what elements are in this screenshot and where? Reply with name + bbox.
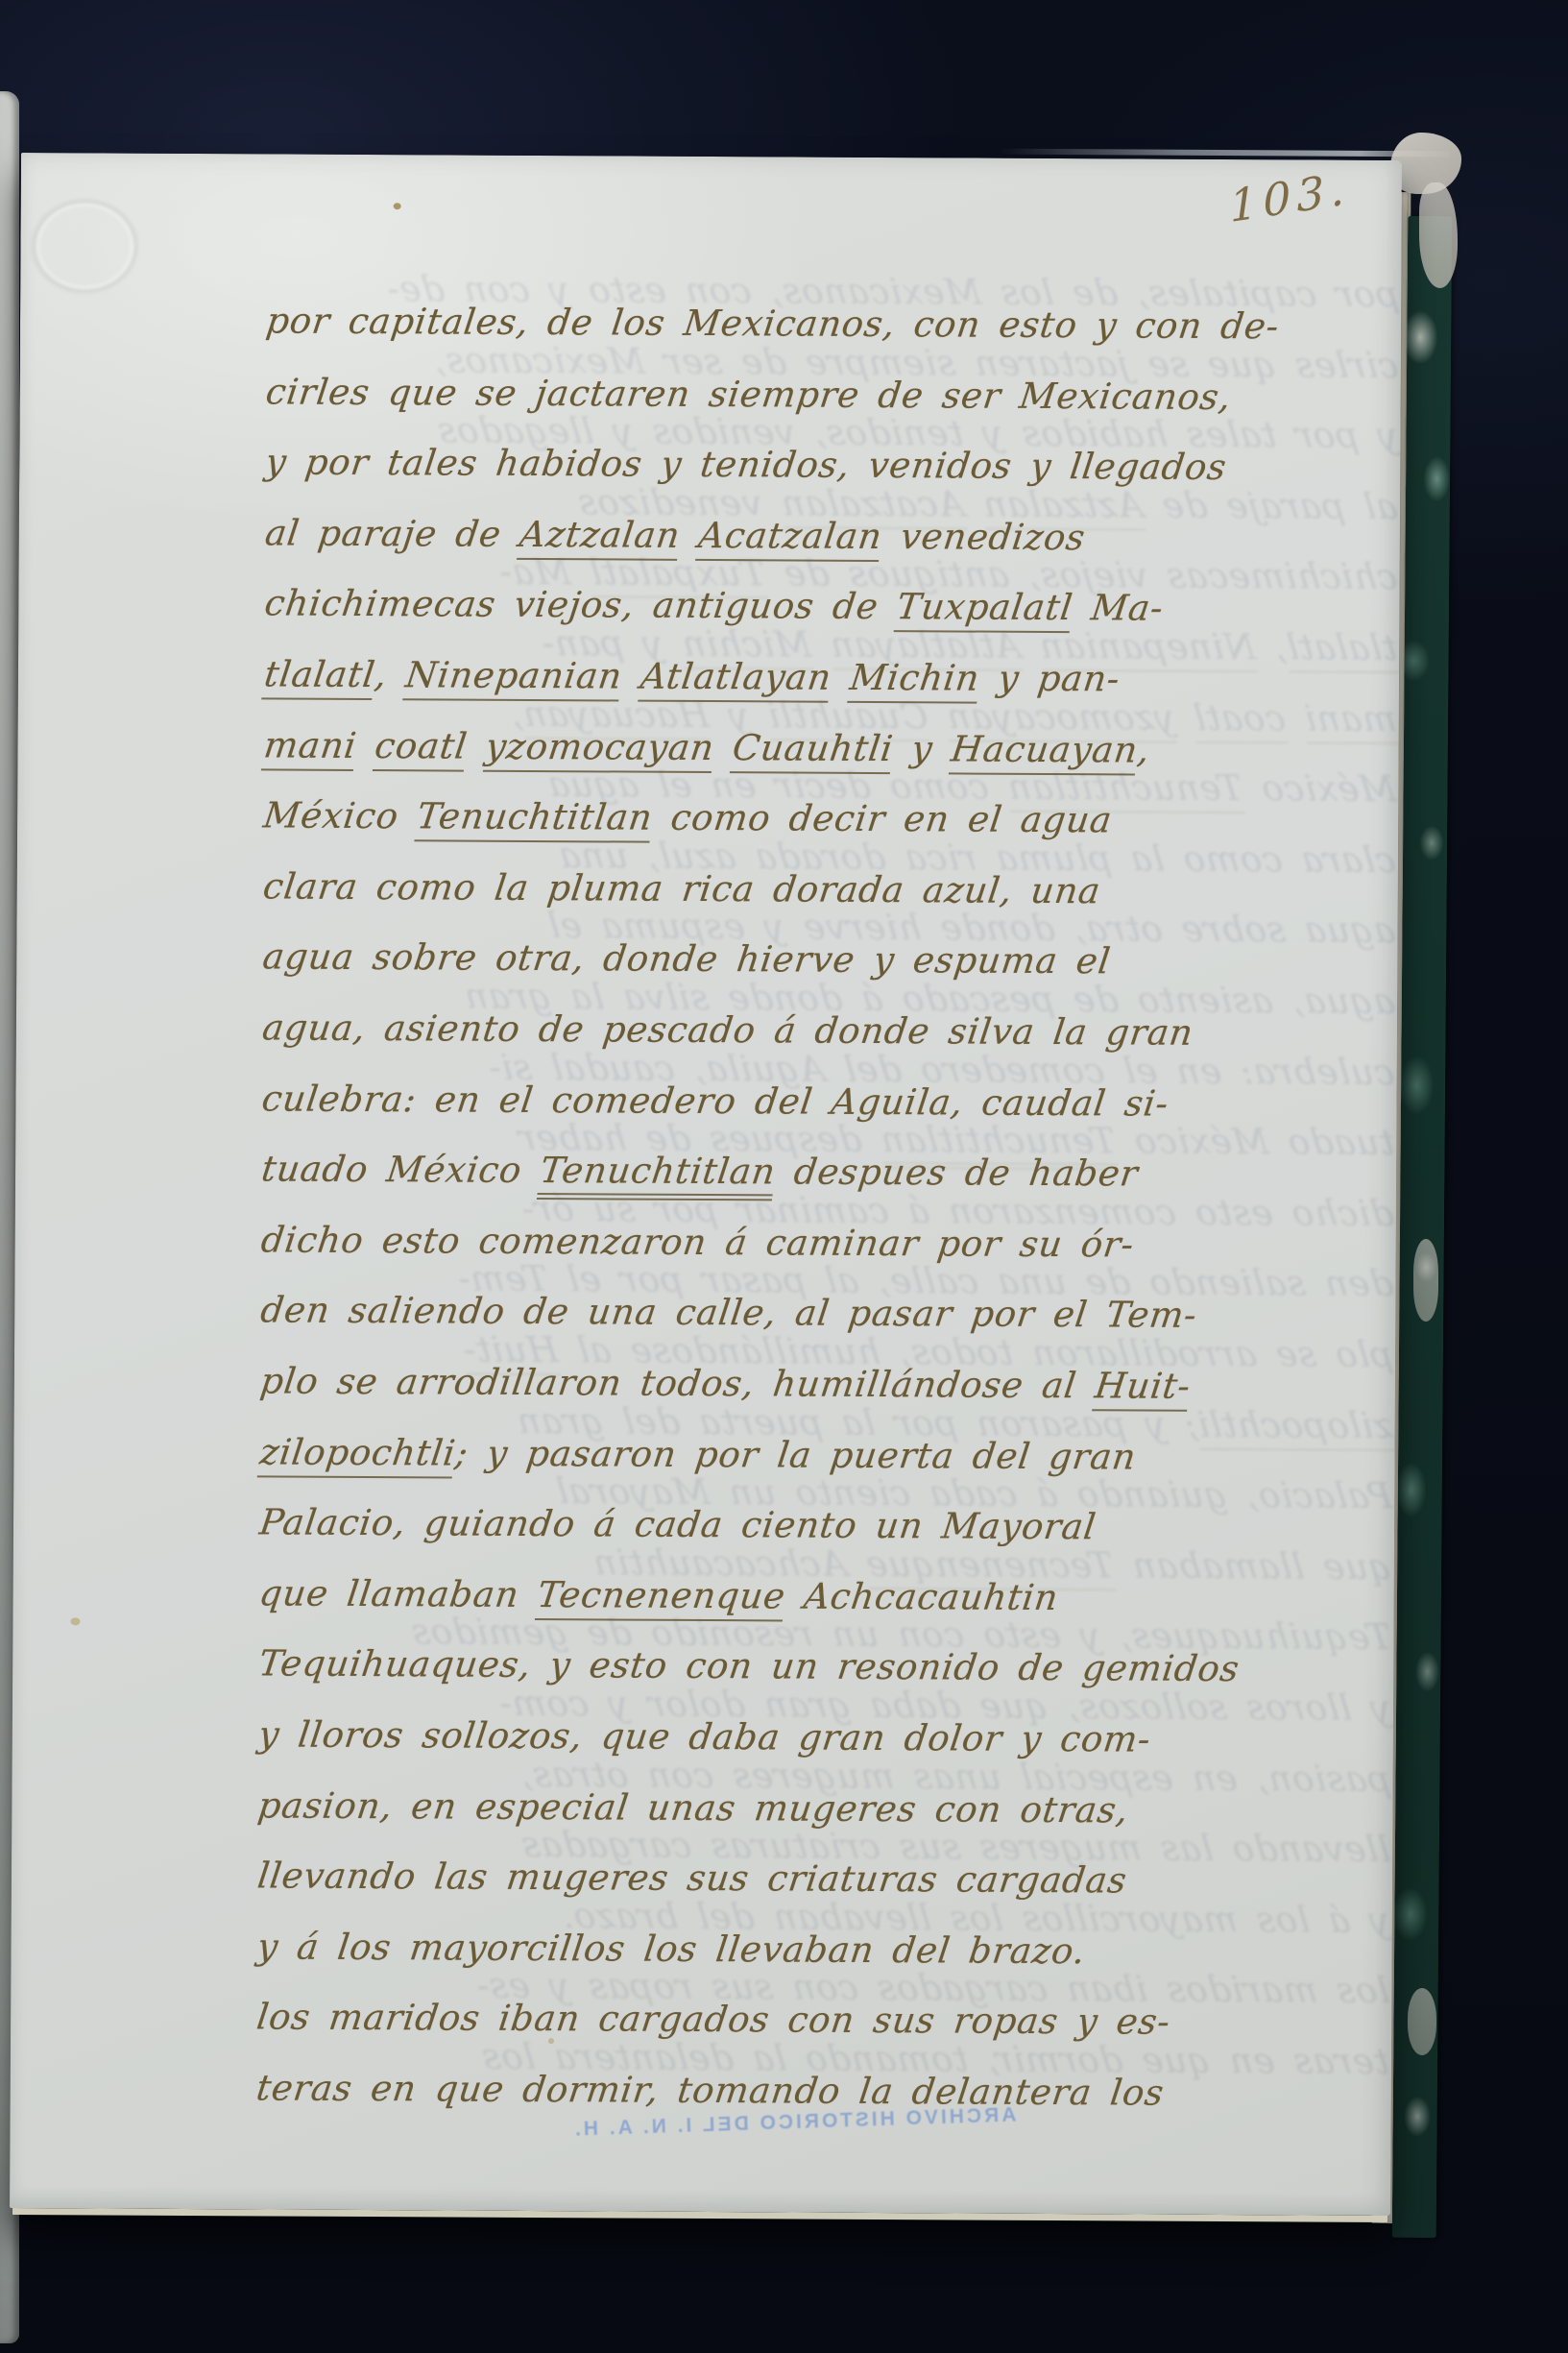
text-segment: al paraje de — [263, 512, 523, 554]
text-segment: Palacio, guiando á cada ciento un Mayora… — [257, 1502, 1098, 1548]
manuscript-line: clara como la pluma rica dorada azul, un… — [261, 865, 1103, 911]
underlined-nahuatl-name: coatl — [372, 725, 470, 772]
underlined-nahuatl-name: Hacuayan — [948, 728, 1140, 775]
text-segment: teras en que dormir, tomando la delanter… — [254, 2067, 1167, 2113]
text-segment: como decir en el agua — [650, 797, 1115, 841]
manuscript-line: Palacio, guiando á cada ciento un Mayora… — [257, 1502, 1098, 1548]
text-segment: despues de haber — [773, 1152, 1141, 1195]
text-segment: Tequihuaques, y esto con un resonido de … — [256, 1643, 1242, 1690]
text-segment: dicho esto comenzaron á caminar por su ó… — [259, 1219, 1137, 1265]
underlined-nahuatl-name: Tuxpalatl — [894, 587, 1075, 634]
manuscript-text: por capitales, de los Mexicanos, con est… — [253, 154, 1402, 2216]
manuscript-line: agua, asiento de pescado á donde silva l… — [260, 1007, 1196, 1053]
underlined-nahuatl-name: Atlatlayan — [638, 656, 834, 703]
photo-background: 103. por capitales, de los Mexicanos, co… — [0, 0, 1568, 2353]
underlined-nahuatl-name: tlalatl — [261, 653, 377, 700]
text-segment: agua sobre otra, donde hierve y espuma e… — [260, 936, 1113, 982]
manuscript-line: y por tales habidos y tenidos, venidos y… — [263, 442, 1229, 489]
manuscript-line: que llamaban Tecnenenque Achcacauhtin — [256, 1572, 1060, 1618]
paper-stain — [394, 203, 401, 209]
text-segment: México — [261, 795, 420, 837]
underlined-nahuatl-name: Acatzalan — [695, 515, 884, 562]
manuscript-line: pasion, en especial unas mugeres con otr… — [255, 1784, 1131, 1831]
text-segment: pasion, en especial unas mugeres con otr… — [255, 1784, 1131, 1831]
manuscript-line: teras en que dormir, tomando la delanter… — [254, 2067, 1167, 2113]
underlined-nahuatl-name: Tecnenenque — [535, 1574, 788, 1621]
text-segment: clara como la pluma rica dorada azul, un… — [261, 865, 1103, 911]
underlined-nahuatl-name: zilopochtli — [257, 1431, 458, 1478]
text-segment: Achcacauhtin — [783, 1575, 1061, 1618]
text-segment: y — [890, 728, 953, 769]
text-segment: chichimecas viejos, antiguos de — [262, 583, 900, 628]
manuscript-line: por capitales, de los Mexicanos, con est… — [264, 300, 1282, 347]
manuscript-line: México Tenuchtitlan como decir en el agu… — [261, 795, 1115, 841]
manuscript-line: culebra: en el comedero del Aguila, caud… — [259, 1078, 1170, 1124]
manuscript-line: dicho esto comenzaron á caminar por su ó… — [259, 1219, 1137, 1265]
paper-stain — [70, 1617, 80, 1625]
manuscript-line: Tequihuaques, y esto con un resonido de … — [256, 1643, 1242, 1690]
manuscript-line: tuado México Tenuchtitlan despues de hab… — [259, 1149, 1141, 1195]
text-segment: y lloros sollozos, que daba gran dolor y… — [256, 1713, 1154, 1759]
underlined-nahuatl-name: yzomocayan — [483, 725, 717, 772]
manuscript-page: 103. por capitales, de los Mexicanos, co… — [10, 153, 1402, 2216]
binding-cloth-fragment — [1408, 1988, 1436, 2055]
text-segment: ; y pasaron por la puerta del gran — [453, 1432, 1139, 1477]
underlined-nahuatl-name: Cuauhtli — [730, 727, 896, 774]
manuscript-line: tlalatl, Ninepanian Atlatlayan Michin y … — [262, 653, 1122, 699]
manuscript-line: y á los mayorcillos los llevaban del bra… — [254, 1926, 1088, 1972]
text-segment: den saliendo de una calle, al pasar por … — [258, 1290, 1199, 1336]
underlined-nahuatl-name: mani — [261, 724, 359, 771]
underlined-nahuatl-name: Ninepanian — [402, 654, 624, 701]
text-segment: que llamaban — [256, 1572, 540, 1615]
manuscript-line: y lloros sollozos, que daba gran dolor y… — [256, 1713, 1154, 1759]
manuscript-line: cirles que se jactaren siempre de ser Me… — [263, 371, 1233, 418]
underlined-nahuatl-name: Huit- — [1092, 1365, 1193, 1412]
manuscript-line: al paraje de Aztzalan Acatzalan venedizo… — [263, 512, 1088, 558]
text-segment: cirles que se jactaren siempre de ser Me… — [263, 371, 1233, 418]
underlined-nahuatl-name: Michin — [847, 657, 982, 704]
manuscript-line: mani coatl yzomocayan Cuauhtli y Hacuaya… — [261, 724, 1152, 770]
text-segment: agua, asiento de pescado á donde silva l… — [260, 1007, 1196, 1053]
manuscript-line: plo se arrodillaron todos, humillándose … — [258, 1360, 1194, 1406]
text-segment: culebra: en el comedero del Aguila, caud… — [259, 1078, 1170, 1124]
text-segment: Ma- — [1070, 588, 1166, 629]
manuscript-line: den saliendo de una calle, al pasar por … — [258, 1290, 1199, 1336]
text-segment: y por tales habidos y tenidos, venidos y… — [263, 442, 1229, 489]
binding-cloth-fragment — [1419, 182, 1458, 288]
underlined-nahuatl-name: Aztzalan — [517, 514, 683, 561]
text-segment: los maridos iban cargados con sus ropas … — [254, 1997, 1173, 2043]
manuscript-line: zilopochtli; y pasaron por la puerta del… — [257, 1431, 1139, 1477]
manuscript-line: chichimecas viejos, antiguos de Tuxpalat… — [262, 583, 1166, 629]
paper-stain — [548, 2038, 554, 2044]
underlined-nahuatl-name: Tenuchtitlan — [414, 796, 655, 843]
page-stack-edge-highlight — [999, 149, 1450, 158]
text-segment: y pan- — [977, 658, 1122, 700]
underlined-nahuatl-name: Tenuchtitlan — [537, 1150, 778, 1201]
text-segment: venedizos — [880, 516, 1088, 558]
text-segment: llevando las mugeres sus criaturas carga… — [255, 1856, 1129, 1902]
text-segment: tuado México — [259, 1149, 543, 1192]
text-segment: plo se arrodillaron todos, humillándose … — [258, 1360, 1098, 1406]
manuscript-line: agua sobre otra, donde hierve y espuma e… — [260, 936, 1113, 982]
text-segment: por capitales, de los Mexicanos, con est… — [264, 300, 1282, 347]
text-segment: y á los mayorcillos los llevaban del bra… — [254, 1926, 1088, 1972]
manuscript-line: llevando las mugeres sus criaturas carga… — [255, 1856, 1129, 1902]
binding-cloth-fragment — [1413, 1239, 1438, 1322]
manuscript-line: los maridos iban cargados con sus ropas … — [254, 1997, 1173, 2043]
